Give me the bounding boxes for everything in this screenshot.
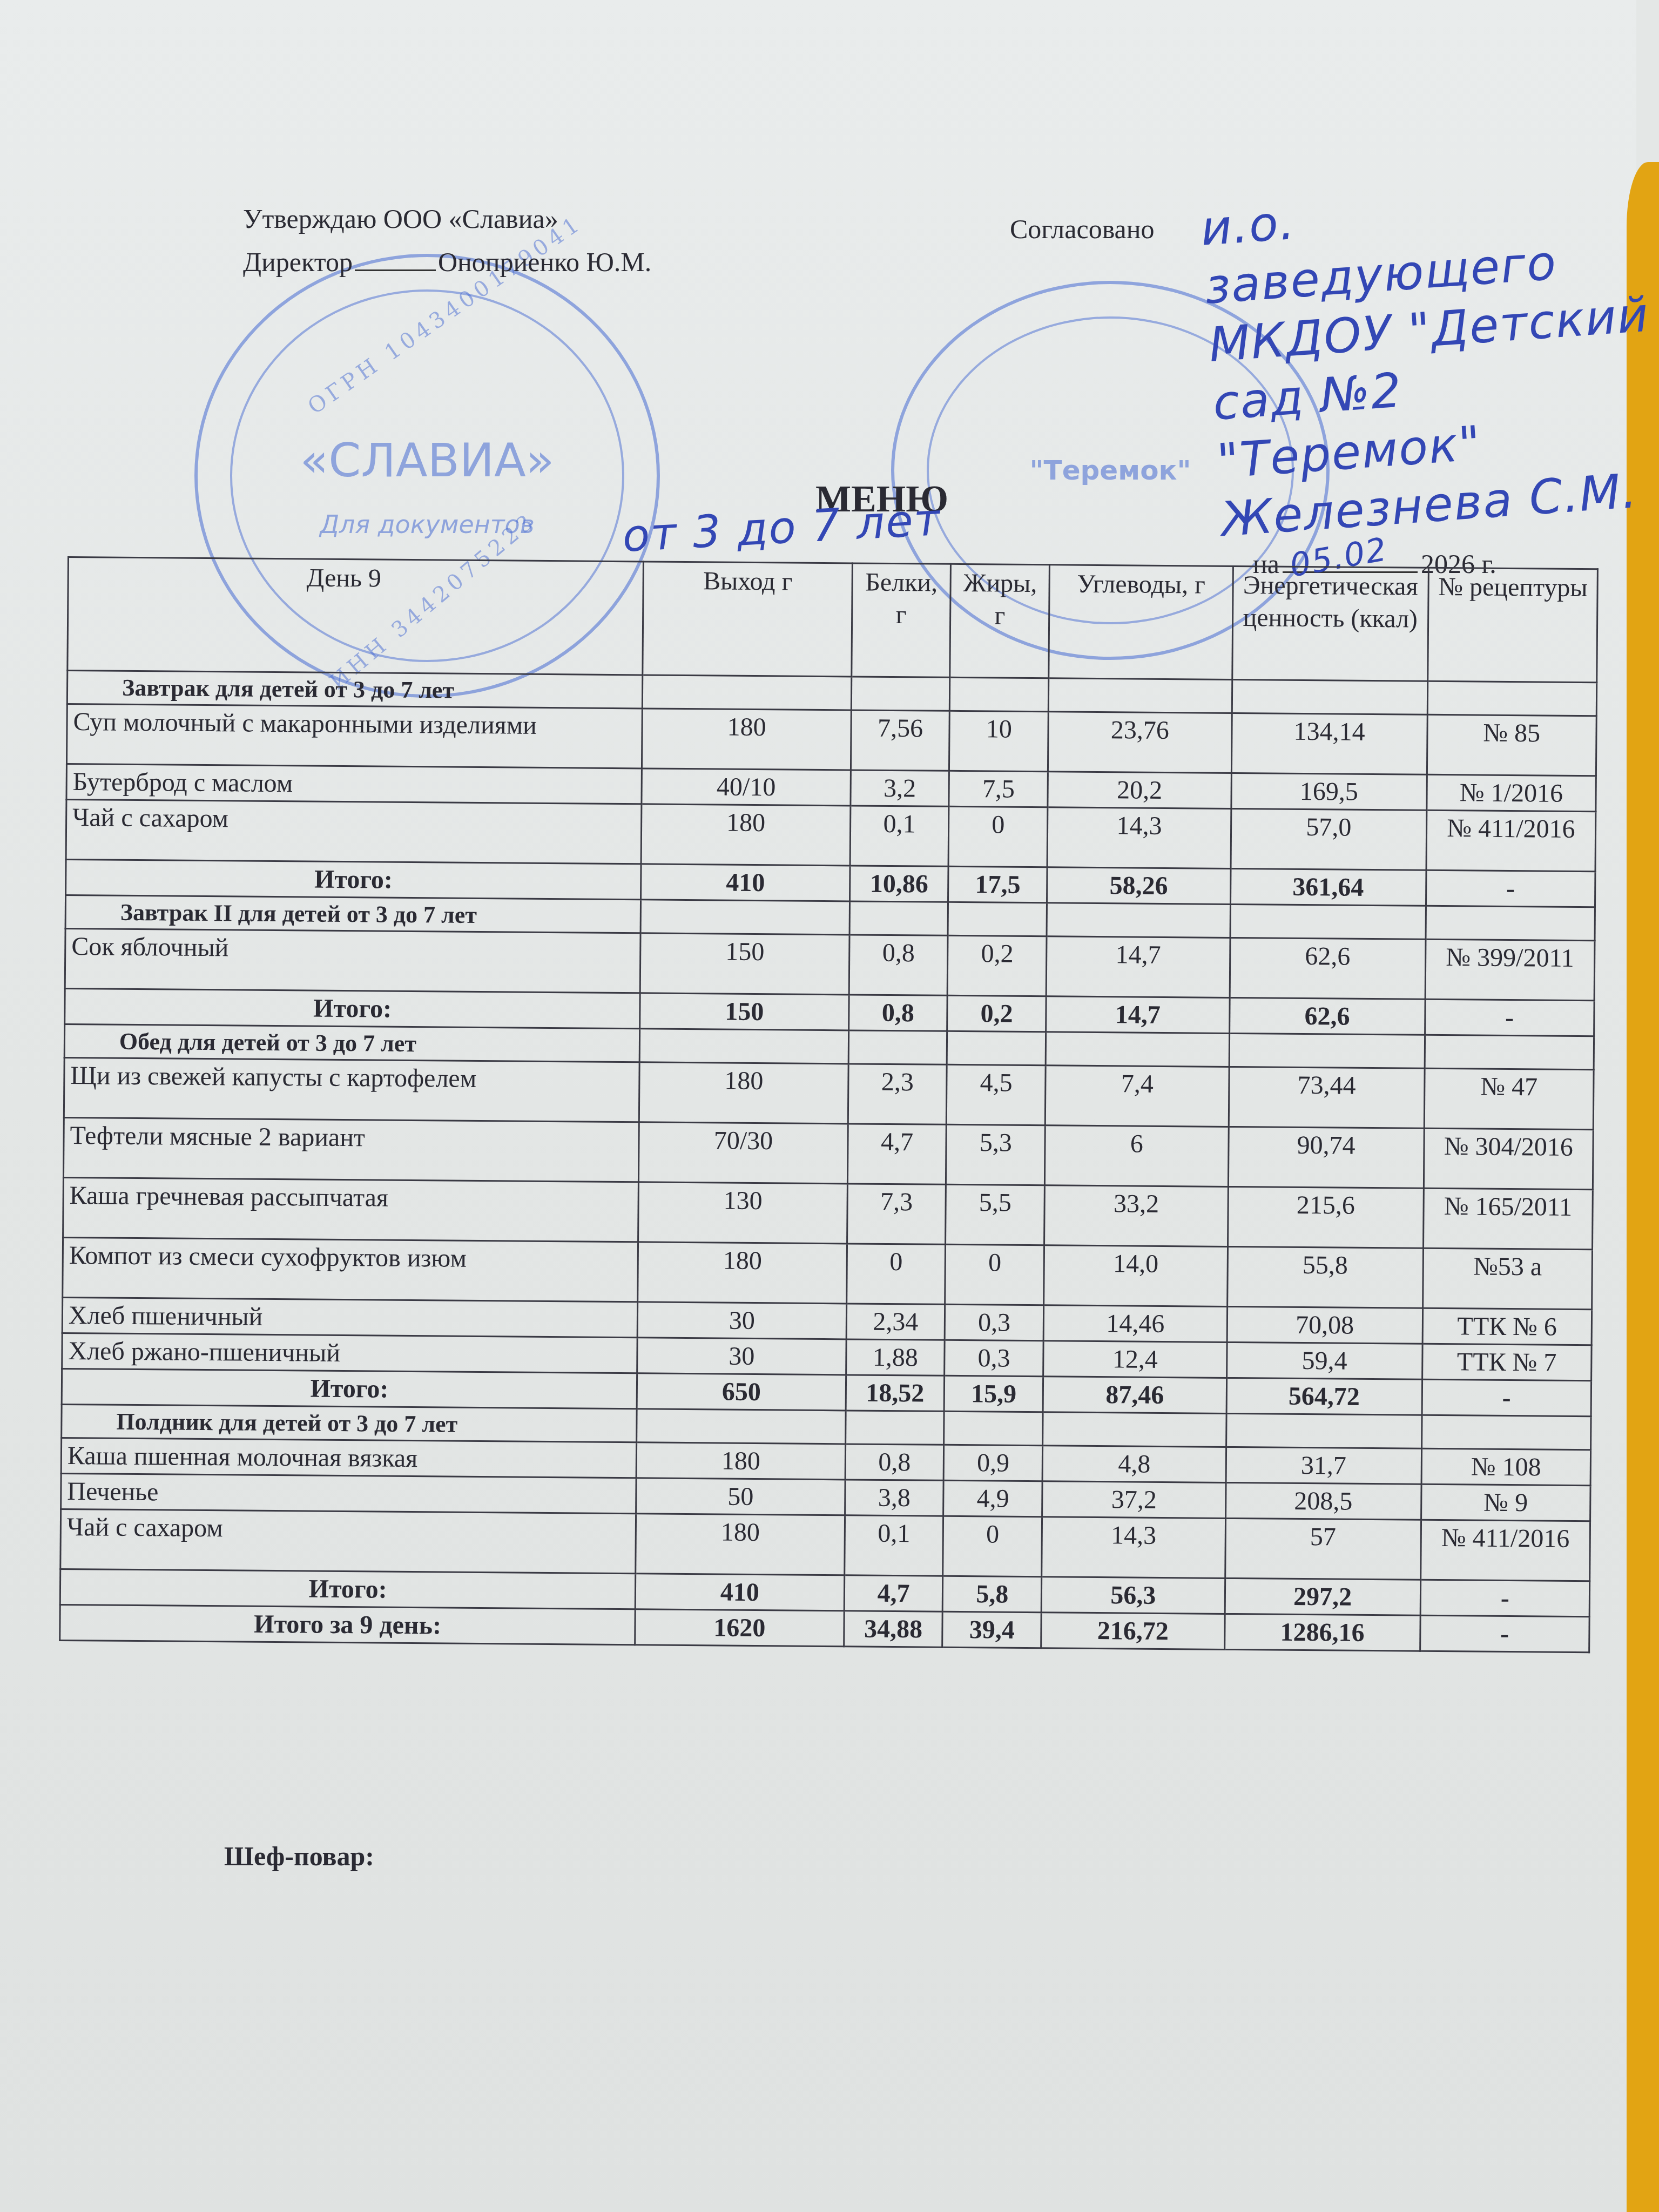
dish-name: Печенье [61,1473,637,1513]
cell-energy: 57,0 [1231,808,1427,870]
cell-recipe [1427,681,1597,716]
cell-carbs: 14,46 [1043,1305,1227,1343]
cell-yield: 50 [636,1478,845,1515]
dish-name: Каша гречневая рассыпчатая [63,1177,639,1242]
cell-recipe: № 304/2016 [1424,1128,1593,1189]
header-fat: Жиры, г [950,564,1049,678]
cell-fat [944,1411,1043,1445]
signature-line [355,269,436,271]
dish-name: Щи из свежей капусты с картофелем [64,1057,639,1122]
cell-energy: 90,74 [1228,1127,1424,1188]
dish-name: Чай с сахаром [60,1509,636,1573]
cell-carbs: 14,3 [1047,807,1231,869]
cell-fat: 0,2 [947,995,1046,1031]
cell-recipe: № 411/2016 [1426,810,1596,871]
cell-protein: 7,3 [847,1184,946,1244]
cell-yield: 40/10 [642,768,851,806]
dish-name: Итого: [62,1368,637,1408]
cell-recipe: № 85 [1427,714,1596,775]
cell-yield: 180 [636,1514,845,1575]
cell-protein: 34,88 [844,1611,942,1647]
cell-recipe: № 47 [1424,1068,1594,1129]
cell-yield: 150 [640,933,849,995]
cell-carbs: 58,26 [1047,867,1231,905]
header-recipe: № рецептуры [1427,568,1597,682]
director-label: Директор [243,247,353,277]
cell-protein [851,677,950,711]
table-row: Тефтели мясные 2 вариант70/304,75,3690,7… [63,1117,1593,1189]
cell-energy: 59,4 [1226,1342,1422,1379]
cell-protein: 0,8 [845,1444,944,1480]
cell-fat [947,1031,1046,1065]
cell-yield: 30 [637,1302,846,1339]
dish-name: Обед для детей от 3 до 7 лет [64,1024,640,1062]
cell-yield [637,1409,846,1444]
cell-recipe: № 1/2016 [1427,774,1596,811]
cell-recipe: № 108 [1421,1448,1591,1485]
cell-fat: 0,3 [945,1340,1043,1376]
cell-energy: 215,6 [1228,1186,1424,1248]
cell-energy: 57 [1225,1518,1421,1580]
table-row: Чай с сахаром1800,1014,357№ 411/2016 [60,1509,1590,1581]
cell-yield: 650 [637,1373,846,1411]
cell-protein: 3,8 [845,1480,943,1516]
dish-name: Итого за 9 день: [60,1604,636,1644]
cell-energy: 169,5 [1231,773,1427,810]
dish-name: Полдник для детей от 3 до 7 лет [62,1404,637,1442]
cell-fat [950,677,1049,711]
cell-recipe [1421,1415,1591,1449]
cell-carbs [1047,903,1230,938]
chef-signature-label: Шеф-повар: [224,1840,374,1872]
cell-fat: 5,3 [946,1124,1046,1185]
cell-carbs: 33,2 [1044,1185,1228,1247]
cell-protein: 2,34 [846,1304,945,1340]
cell-energy [1232,679,1427,714]
approval-block: Утверждаю ООО «Славиа» ДиректорОноприенк… [243,197,651,284]
cell-energy: 361,64 [1230,868,1426,906]
cell-carbs: 14,3 [1042,1517,1225,1579]
cell-carbs [1043,1412,1226,1447]
director-name: Оноприенко Ю.М. [438,247,651,277]
cell-carbs: 6 [1045,1125,1229,1187]
cell-yield: 180 [641,804,850,866]
cell-energy [1226,1413,1421,1448]
dish-name: Компот из смеси сухофруктов изюм [63,1237,638,1301]
cell-protein: 18,52 [846,1375,945,1411]
cell-fat: 10 [949,711,1049,771]
cell-yield: 180 [642,709,851,770]
dish-name: Итого: [65,988,640,1028]
cell-protein [849,901,948,935]
dish-name: Хлеб ржано-пшеничный [62,1333,638,1373]
cell-yield [639,1029,848,1064]
dish-name: Чай с сахаром [66,799,642,864]
cell-protein: 4,7 [847,1124,947,1184]
cell-carbs: 7,4 [1045,1065,1229,1127]
dish-name: Каша пшенная молочная вязкая [61,1438,637,1478]
cell-fat: 5,5 [946,1184,1045,1245]
cell-protein: 0 [846,1244,946,1304]
cell-energy: 134,14 [1231,713,1427,774]
cell-recipe [1426,906,1595,940]
cell-energy: 62,6 [1230,938,1426,999]
cell-energy: 297,2 [1225,1578,1421,1615]
cell-yield [640,900,849,935]
cell-fat: 39,4 [942,1611,1041,1648]
cell-energy [1230,904,1426,939]
cell-recipe: - [1426,870,1595,907]
approval-line: Утверждаю ООО «Славиа» [243,197,651,240]
cell-carbs: 12,4 [1043,1341,1227,1378]
dish-name: Суп молочный с макаронными изделиями [66,704,642,768]
dish-name: Сок яблочный [65,928,640,993]
table-header-row: День 9 Выход г Белки, г Жиры, г Углеводы… [68,557,1598,683]
cell-fat: 4,5 [947,1064,1046,1125]
cell-protein: 3,2 [851,770,949,806]
header-energy: Энергетическая ценность (ккал) [1232,566,1428,681]
table-row: Каша гречневая рассыпчатая1307,35,533,22… [63,1177,1593,1249]
cell-recipe: № 411/2016 [1420,1520,1590,1581]
cell-carbs: 216,72 [1041,1613,1225,1650]
cell-yield: 130 [638,1182,847,1244]
cell-carbs: 14,0 [1044,1245,1228,1307]
cell-carbs: 23,76 [1048,712,1232,773]
cell-yield: 150 [640,993,849,1030]
table-row: Суп молочный с макаронными изделиями1807… [66,704,1596,776]
cell-yield: 410 [635,1574,844,1611]
cell-recipe: № 165/2011 [1423,1188,1593,1249]
cell-recipe: ТТК № 6 [1422,1308,1592,1345]
cell-recipe: № 9 [1421,1484,1590,1521]
cell-recipe: ТТК № 7 [1422,1344,1591,1380]
cell-carbs: 56,3 [1041,1577,1225,1614]
stamp-name: «СЛАВИА» [300,434,555,488]
dish-name: Тефтели мясные 2 вариант [63,1117,639,1182]
cell-carbs [1046,1032,1229,1067]
cell-yield: 1620 [635,1609,844,1647]
cell-protein: 2,3 [848,1064,947,1124]
cell-yield: 180 [638,1242,847,1304]
cell-fat: 5,8 [943,1576,1042,1612]
cell-carbs [1049,678,1232,713]
cell-energy: 564,72 [1226,1378,1422,1415]
director-line: ДиректорОноприенко Ю.М. [243,240,651,284]
cell-protein [845,1411,944,1445]
dish-name: Завтрак для детей от 3 до 7 лет [67,671,643,709]
cell-yield [643,675,852,710]
cell-protein: 0,1 [844,1515,943,1576]
cell-recipe: - [1420,1580,1590,1616]
handwritten-agreement: и.о. заведующего МКДОУ "Детский сад №2 "… [1199,169,1659,549]
header-yield: Выход г [643,562,852,677]
table-row: Щи из свежей капусты с картофелем1802,34… [64,1057,1594,1129]
cell-protein: 10,86 [849,866,948,902]
cell-fat: 0 [948,806,1048,867]
dish-name: Итого: [60,1569,636,1609]
cell-fat [948,902,1047,936]
cell-fat: 0 [943,1516,1042,1576]
cell-protein: 0,8 [849,935,948,995]
cell-recipe: - [1425,999,1594,1036]
cell-carbs: 4,8 [1042,1446,1226,1483]
cell-yield: 410 [641,864,850,901]
cell-fat: 0 [945,1244,1044,1305]
cell-recipe: - [1422,1379,1591,1416]
cell-fat: 17,5 [948,866,1047,902]
cell-protein: 7,56 [851,710,950,771]
cell-energy [1229,1033,1425,1068]
cell-carbs: 20,2 [1048,772,1231,809]
cell-protein [848,1030,947,1064]
cell-fat: 15,9 [945,1375,1043,1412]
cell-yield: 180 [636,1442,845,1480]
menu-table: День 9 Выход г Белки, г Жиры, г Углеводы… [59,556,1599,1653]
table-row: Компот из смеси сухофруктов изюм1800014,… [63,1237,1593,1309]
cell-fat: 0,2 [948,935,1047,996]
cell-energy: 73,44 [1229,1067,1425,1128]
cell-carbs: 14,7 [1046,996,1230,1034]
dish-name: Бутерброд с маслом [66,764,642,804]
cell-protein: 1,88 [846,1339,945,1375]
dish-name: Хлеб пшеничный [62,1297,638,1337]
cell-recipe: - [1420,1615,1589,1652]
cell-recipe: № 399/2011 [1425,939,1595,1000]
cell-recipe: №53 а [1422,1248,1592,1309]
table-row: Сок яблочный1500,80,214,762,6№ 399/2011 [65,928,1595,1000]
dish-name: Итого: [66,859,642,899]
cell-protein: 4,7 [844,1575,943,1611]
cell-energy: 62,6 [1229,997,1425,1035]
cell-carbs: 87,46 [1043,1377,1226,1414]
cell-fat: 0,9 [944,1445,1043,1481]
agreement-label: Согласовано [1010,213,1155,245]
header-protein: Белки, г [851,563,950,677]
cell-recipe [1425,1035,1594,1069]
table-row: Чай с сахаром1800,1014,357,0№ 411/2016 [66,799,1596,871]
dish-name: Завтрак II для детей от 3 до 7 лет [65,895,641,933]
cell-energy: 208,5 [1225,1482,1421,1520]
cell-carbs: 37,2 [1042,1481,1226,1519]
cell-yield: 30 [637,1338,846,1375]
cell-energy: 31,7 [1226,1447,1422,1484]
cell-yield: 70/30 [639,1122,848,1184]
header-day: День 9 [68,557,644,675]
cell-energy: 70,08 [1227,1306,1423,1344]
cell-fat: 0,3 [945,1304,1044,1340]
cell-energy: 55,8 [1227,1246,1423,1308]
cell-energy: 1286,16 [1224,1614,1420,1651]
cell-protein: 0,8 [848,995,947,1031]
cell-fat: 4,9 [943,1480,1042,1516]
header-carbs: Углеводы, г [1049,565,1233,680]
cell-fat: 7,5 [949,771,1048,807]
stamp-name: "Теремок" [1030,455,1191,486]
cell-yield: 180 [639,1062,848,1124]
cell-protein: 0,1 [850,806,949,866]
cell-carbs: 14,7 [1046,936,1230,998]
